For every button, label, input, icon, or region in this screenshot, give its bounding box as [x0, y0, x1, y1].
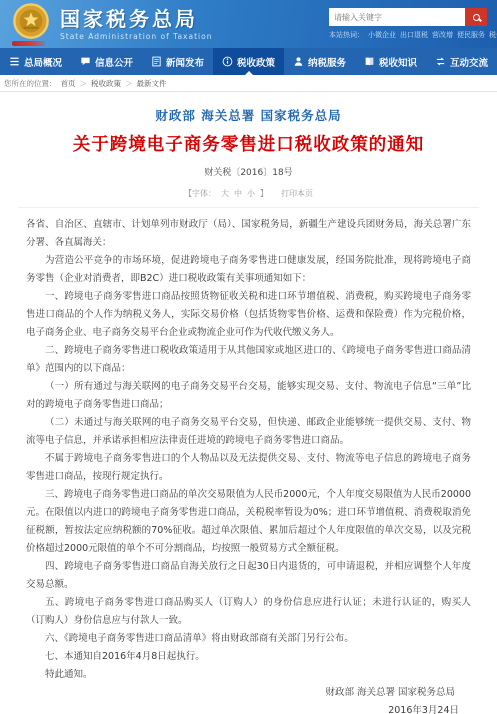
nav-label: 信息公开: [95, 55, 133, 69]
hot-word-link[interactable]: 便民服务: [457, 30, 485, 40]
issuer-line: 财政部 海关总署 国家税务总局: [0, 106, 497, 124]
user-icon: [293, 56, 304, 67]
hot-word-link[interactable]: 小微企业: [368, 30, 396, 40]
paragraph-item-4: 四、跨境电子商务零售进口商品自海关放行之日起30日内退货的，可申请退税，并相应调…: [26, 558, 471, 594]
active-tab-caret: [245, 71, 253, 75]
nav-label: 总局概况: [24, 55, 62, 69]
site-header: 国家税务总局 State Administration of Taxation …: [0, 0, 497, 48]
nav-label: 新闻发布: [166, 55, 204, 69]
breadcrumb-separator: ＞: [125, 78, 133, 89]
nav-label: 纳税服务: [308, 55, 346, 69]
header-separator: [18, 207, 479, 208]
document-toolbar: 【字体： 大 中 小 】 打印本页: [0, 188, 497, 199]
breadcrumb-link-home[interactable]: 首页: [61, 78, 76, 89]
chat-bubble-icon: [80, 56, 91, 67]
paragraph-item-6: 六、《跨境电子商务零售进口商品清单》将由财政部商有关部门另行公布。: [26, 630, 471, 648]
breadcrumb-separator: ＞: [80, 78, 88, 89]
font-size-large-button[interactable]: 大: [221, 188, 229, 199]
nav-item-taxpayer-services[interactable]: 纳税服务: [284, 48, 355, 75]
nav-item-tax-policy[interactable]: 税收政策: [213, 48, 284, 75]
hot-word-link[interactable]: 税务登记: [489, 30, 497, 40]
nav-label: 互动交流: [450, 55, 488, 69]
print-page-button[interactable]: 打印本页: [281, 188, 313, 199]
hot-word-link[interactable]: 营改增: [432, 30, 453, 40]
nav-item-overview[interactable]: 总局概况: [0, 48, 71, 75]
document-body: 各省、自治区、直辖市、计划单列市财政厅（局）、国家税务局，新疆生产建设兵团财务局…: [0, 214, 497, 714]
nav-item-info-disclosure[interactable]: 信息公开: [71, 48, 142, 75]
paragraph-item-5: 五、跨境电子商务零售进口商品购买人（订购人）的身份信息应进行认证；未进行认证的，…: [26, 594, 471, 630]
signature-line: 财政部 海关总署 国家税务总局: [26, 684, 471, 702]
breadcrumb-prefix: 您所在的位置：: [4, 78, 57, 89]
paragraph-item-1: 一、跨境电子商务零售进口商品按照货物征收关税和进口环节增值税、消费税，购买跨境电…: [26, 288, 471, 342]
document-header: 财政部 海关总署 国家税务总局 关于跨境电子商务零售进口税收政策的通知 财关税〔…: [0, 92, 497, 208]
document-title: 关于跨境电子商务零售进口税收政策的通知: [0, 131, 497, 156]
book-icon: [364, 56, 375, 67]
nav-label: 税收政策: [237, 55, 275, 69]
paragraph-closing: 特此通知。: [26, 666, 471, 684]
info-circle-icon: [222, 56, 233, 67]
paragraph-item-2-1: （一）所有通过与海关联网的电子商务交易平台交易，能够实现交易、支付、物流电子信息…: [26, 378, 471, 414]
paragraph-item-2: 二、跨境电子商务零售进口税收政策适用于从其他国家或地区进口的、《跨境电子商务零售…: [26, 342, 471, 378]
breadcrumb-link-latest-documents[interactable]: 最新文件: [137, 78, 167, 89]
paragraph-preamble: 为营造公平竞争的市场环境，促进跨境电子商务零售进口健康发展，经国务院批准，现将跨…: [26, 252, 471, 288]
main-nav: 总局概况 信息公开 新闻发布 税收政策 纳税服务 税收知识 互动交流: [0, 48, 497, 75]
paragraph-salutation: 各省、自治区、直辖市、计划单列市财政厅（局）、国家税务局，新疆生产建设兵团财务局…: [26, 216, 471, 252]
hot-word-link[interactable]: 出口退税: [400, 30, 428, 40]
paragraph-item-2-note: 不属于跨境电子商务零售进口的个人物品以及无法提供交易、支付、物流等电子信息的跨境…: [26, 450, 471, 486]
red-seal-mark: [12, 41, 46, 46]
paragraph-item-3: 三、跨境电子商务零售进口商品的单次交易限值为人民币2000元，个人年度交易限值为…: [26, 486, 471, 558]
site-title: 国家税务总局: [60, 8, 212, 30]
nav-item-tax-knowledge[interactable]: 税收知识: [355, 48, 426, 75]
search-area: 本站热词： 小微企业 出口退税 营改增 便民服务 税务登记: [329, 8, 487, 40]
nav-item-news[interactable]: 新闻发布: [142, 48, 213, 75]
breadcrumb: 您所在的位置： 首页 ＞ 税收政策 ＞ 最新文件: [0, 75, 497, 92]
page: 国家税务总局 State Administration of Taxation …: [0, 0, 497, 714]
font-size-small-button[interactable]: 小: [247, 188, 255, 199]
paragraph-item-7: 七、本通知自2016年4月8日起执行。: [26, 648, 471, 666]
font-size-label-open: 【字体：: [184, 188, 216, 199]
search-button[interactable]: [465, 8, 487, 26]
document-number: 财关税〔2016〕18号: [0, 165, 497, 178]
national-emblem-icon: [12, 2, 52, 46]
nav-label: 税收知识: [379, 55, 417, 69]
site-title-en: State Administration of Taxation: [60, 32, 212, 41]
paragraph-item-2-2: （二）未通过与海关联网的电子商务交易平台交易，但快递、邮政企业能够统一提供交易、…: [26, 414, 471, 450]
date-line: 2016年3月24日: [26, 702, 471, 714]
search-icon: [473, 14, 480, 21]
hot-words: 本站热词： 小微企业 出口退税 营改增 便民服务 税务登记: [329, 30, 487, 40]
search-input[interactable]: [329, 8, 465, 26]
font-size-medium-button[interactable]: 中: [234, 188, 242, 199]
exchange-arrows-icon: [435, 56, 446, 67]
menu-icon: [9, 56, 20, 67]
site-logo[interactable]: 国家税务总局 State Administration of Taxation: [0, 2, 212, 46]
news-page-icon: [151, 56, 162, 67]
breadcrumb-link-tax-policy[interactable]: 税收政策: [91, 78, 121, 89]
nav-item-interaction[interactable]: 互动交流: [426, 48, 497, 75]
hot-words-label: 本站热词：: [329, 30, 364, 40]
font-size-label-close: 】: [260, 188, 268, 199]
